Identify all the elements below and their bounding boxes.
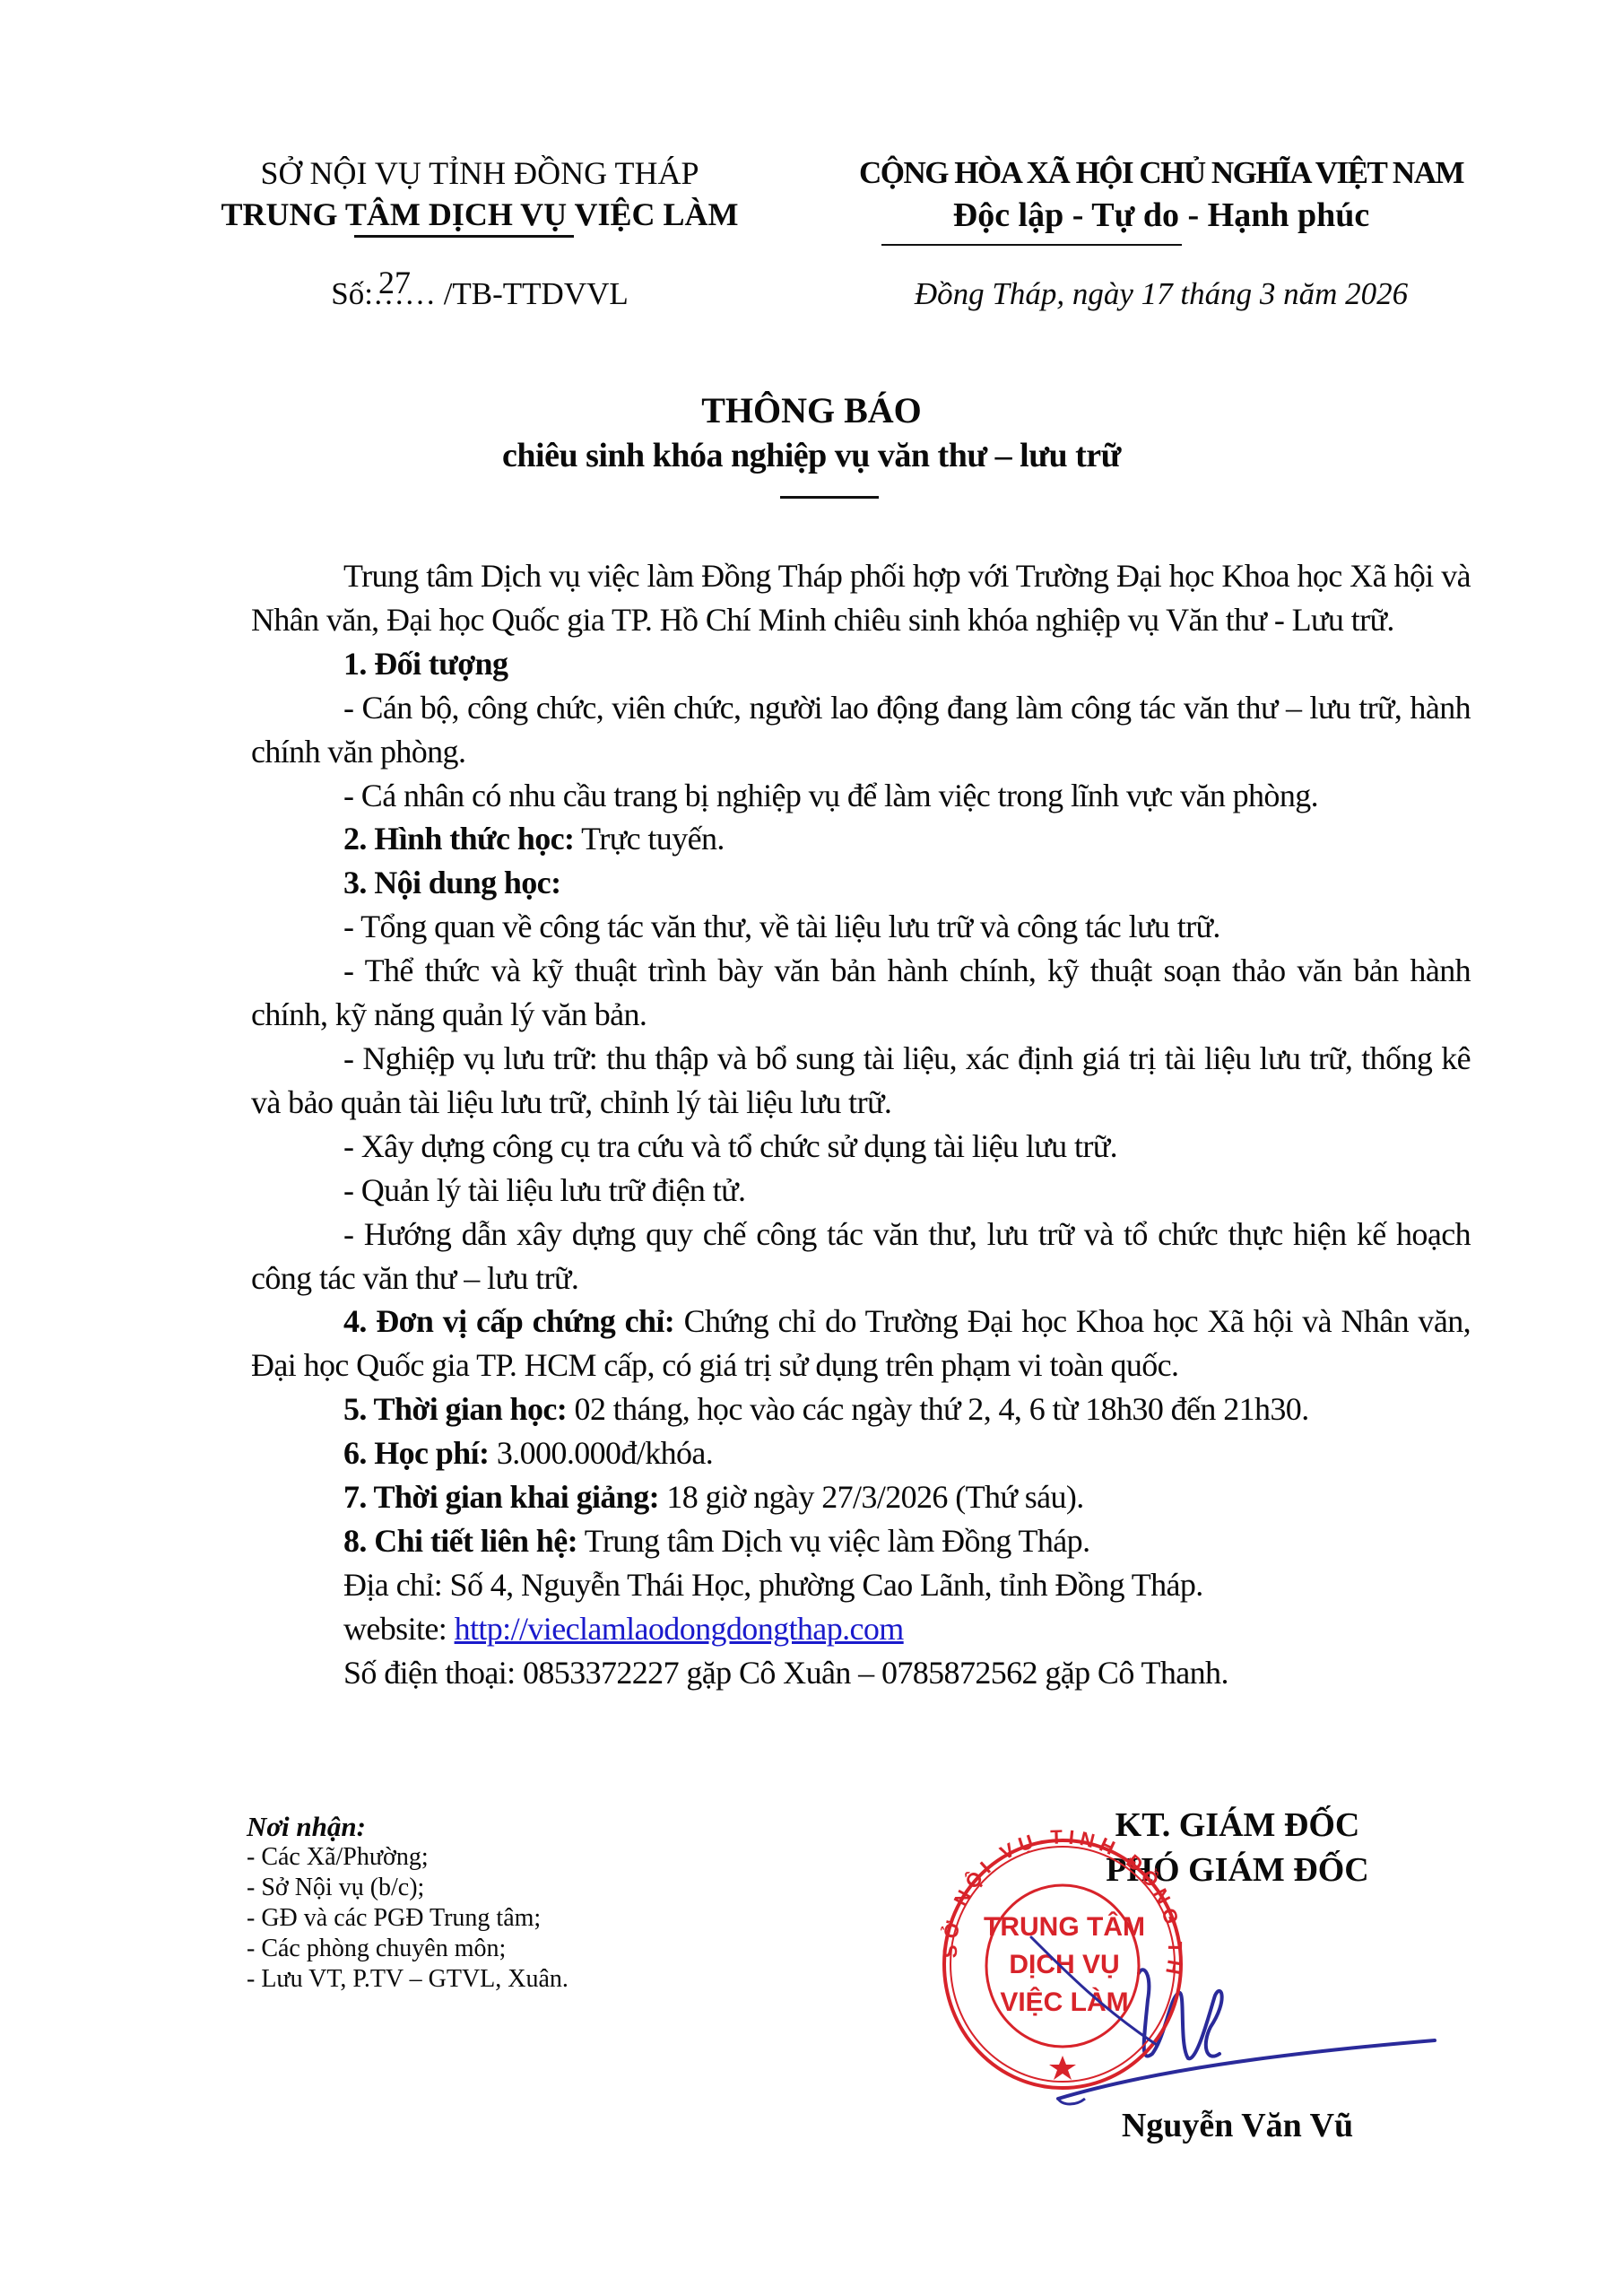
document-title: THÔNG BÁO bbox=[0, 389, 1623, 432]
section-1-item: - Cán bộ, công chức, viên chức, người la… bbox=[251, 686, 1471, 774]
section-5-value: 02 tháng, học vào các ngày thứ 2, 4, 6 t… bbox=[567, 1391, 1308, 1427]
section-4-label: 4. Đơn vị cấp chứng chỉ: bbox=[343, 1303, 674, 1339]
section-5-label: 5. Thời gian học: bbox=[343, 1391, 567, 1427]
section-3-item: - Tổng quan về công tác văn thư, về tài … bbox=[251, 905, 1471, 949]
document-number: Số:27…… /TB-TTDVVL bbox=[175, 276, 785, 312]
recipient-item: - Các Xã/Phường; bbox=[247, 1842, 785, 1873]
contact-address: Địa chỉ: Số 4, Nguyễn Thái Học, phường C… bbox=[251, 1563, 1471, 1607]
section-6-value: 3.000.000đ/khóa. bbox=[489, 1435, 713, 1471]
section-3-heading: 3. Nội dung học: bbox=[251, 861, 1471, 905]
website-link[interactable]: http://vieclamlaodongdongthap.com bbox=[455, 1611, 904, 1647]
document-body: Trung tâm Dịch vụ việc làm Đồng Tháp phố… bbox=[251, 554, 1471, 1695]
section-7: 7. Thời gian khai giảng: 18 giờ ngày 27/… bbox=[251, 1475, 1471, 1519]
section-1-title: 1. Đối tượng bbox=[343, 646, 508, 682]
section-8: 8. Chi tiết liên hệ: Trung tâm Dịch vụ v… bbox=[251, 1519, 1471, 1563]
motto-underline bbox=[881, 244, 1182, 246]
issuing-agency: SỞ NỘI VỤ TỈNH ĐỒNG THÁP TRUNG TÂM DỊCH … bbox=[175, 152, 785, 235]
section-3-item: - Nghiệp vụ lưu trữ: thu thập và bổ sung… bbox=[251, 1037, 1471, 1125]
section-2-label: 2. Hình thức học: bbox=[343, 821, 574, 857]
recipient-item: - Các phòng chuyên môn; bbox=[247, 1934, 785, 1964]
section-3-item: - Quản lý tài liệu lưu trữ điện tử. bbox=[251, 1169, 1471, 1213]
agency-name: TRUNG TÂM DỊCH VỤ VIỆC LÀM bbox=[175, 194, 785, 235]
document-subtitle: chiêu sinh khóa nghiệp vụ văn thư – lưu … bbox=[0, 434, 1623, 477]
section-4: 4. Đơn vị cấp chứng chỉ: Chứng chỉ do Tr… bbox=[251, 1300, 1471, 1387]
section-7-value: 18 giờ ngày 27/3/2026 (Thứ sáu). bbox=[659, 1479, 1084, 1515]
intro-paragraph: Trung tâm Dịch vụ việc làm Đồng Tháp phố… bbox=[251, 554, 1471, 642]
section-6-label: 6. Học phí: bbox=[343, 1435, 489, 1471]
recipient-item: - Sở Nội vụ (b/c); bbox=[247, 1873, 785, 1903]
recipients-block: Nơi nhận: - Các Xã/Phường; - Sở Nội vụ (… bbox=[247, 1812, 785, 1995]
section-6: 6. Học phí: 3.000.000đ/khóa. bbox=[251, 1431, 1471, 1475]
recipients-heading: Nơi nhận: bbox=[247, 1812, 785, 1842]
country-name: CỘNG HÒA XÃ HỘI CHỦ NGHĨA VIỆT NAM bbox=[811, 152, 1511, 194]
parent-agency: SỞ NỘI VỤ TỈNH ĐỒNG THÁP bbox=[175, 152, 785, 194]
section-8-value: Trung tâm Dịch vụ việc làm Đồng Tháp. bbox=[577, 1523, 1089, 1559]
recipient-item: - GĐ và các PGĐ Trung tâm; bbox=[247, 1903, 785, 1934]
recipient-item: - Lưu VT, P.TV – GTVL, Xuân. bbox=[247, 1964, 785, 1995]
agency-underline bbox=[354, 235, 574, 238]
section-7-label: 7. Thời gian khai giảng: bbox=[343, 1479, 659, 1515]
doc-number-suffix: /TB-TTDVVL bbox=[436, 276, 629, 311]
section-2: 2. Hình thức học: Trực tuyến. bbox=[251, 817, 1471, 861]
contact-website: website: http://vieclamlaodongdongthap.c… bbox=[251, 1607, 1471, 1651]
motto: Độc lập - Tự do - Hạnh phúc bbox=[811, 194, 1511, 237]
signature-stroke-over-stamp-icon bbox=[933, 1830, 1193, 2099]
section-1-heading: 1. Đối tượng bbox=[251, 642, 1471, 686]
document-date: Đồng Tháp, ngày 17 tháng 3 năm 2026 bbox=[811, 276, 1511, 312]
national-motto: CỘNG HÒA XÃ HỘI CHỦ NGHĨA VIỆT NAM Độc l… bbox=[811, 152, 1511, 237]
section-2-value: Trực tuyến. bbox=[574, 821, 724, 857]
signatory-name: Nguyễn Văn Vũ bbox=[986, 2106, 1488, 2145]
section-3-title: 3. Nội dung học: bbox=[343, 865, 560, 900]
section-3-item: - Thể thức và kỹ thuật trình bày văn bản… bbox=[251, 949, 1471, 1037]
contact-phone: Số điện thoại: 0853372227 gặp Cô Xuân – … bbox=[251, 1651, 1471, 1695]
section-8-label: 8. Chi tiết liên hệ: bbox=[343, 1523, 577, 1559]
section-3-item: - Hướng dẫn xây dựng quy chế công tác vă… bbox=[251, 1213, 1471, 1300]
section-1-item: - Cá nhân có nhu cầu trang bị nghiệp vụ … bbox=[251, 774, 1471, 818]
title-underline bbox=[780, 496, 879, 499]
doc-number-value: 27 bbox=[378, 264, 411, 301]
section-5: 5. Thời gian học: 02 tháng, học vào các … bbox=[251, 1387, 1471, 1431]
section-3-item: - Xây dựng công cụ tra cứu và tổ chức sử… bbox=[251, 1125, 1471, 1169]
website-label: website: bbox=[343, 1611, 455, 1647]
doc-number-label: Số: bbox=[331, 276, 373, 311]
